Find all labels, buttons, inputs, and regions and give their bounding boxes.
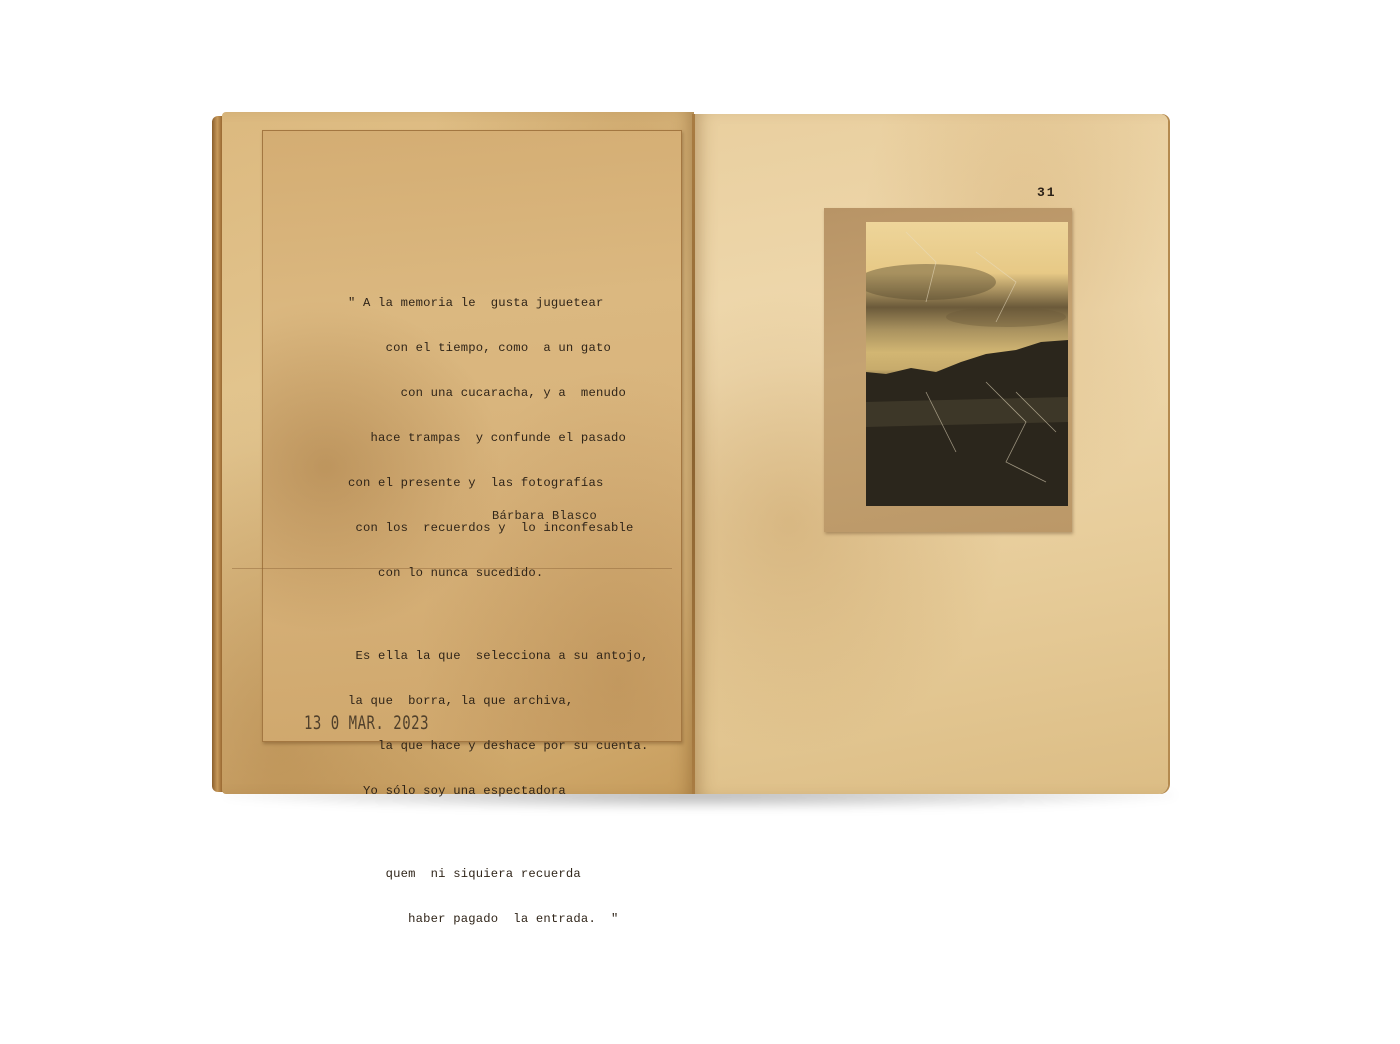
book-spine (692, 114, 695, 794)
poem-line: con lo nunca sucedido. (348, 566, 668, 581)
poem-text: " A la memoria le gusta juguetear con el… (348, 266, 668, 942)
mountain-landscape-icon (866, 222, 1068, 506)
poem-line: con el tiempo, como a un gato (348, 341, 668, 356)
vintage-photograph (866, 222, 1068, 506)
poem-line: haber pagado la entrada. " (348, 912, 668, 927)
poem-line: con los recuerdos y lo inconfesable (348, 521, 668, 536)
page-number: 31 (1037, 185, 1057, 200)
poem-line: la que hace y deshace por su cuenta. (348, 739, 668, 754)
poem-line: la que borra, la que archiva, (348, 694, 668, 709)
author-signature: Bárbara Blasco (492, 509, 597, 523)
poem-line: Yo sólo soy una espectadora (348, 784, 668, 799)
date-stamp: 13 0 MAR. 2023 (304, 714, 429, 735)
poem-line: " A la memoria le gusta juguetear (348, 296, 668, 311)
poem-line: con una cucaracha, y a menudo (348, 386, 668, 401)
poem-line: quem ni siquiera recuerda (348, 867, 668, 882)
poem-line: hace trampas y confunde el pasado (348, 431, 668, 446)
poem-line: con el presente y las fotografías (348, 476, 668, 491)
poem-line: Es ella la que selecciona a su antojo, (348, 649, 668, 664)
